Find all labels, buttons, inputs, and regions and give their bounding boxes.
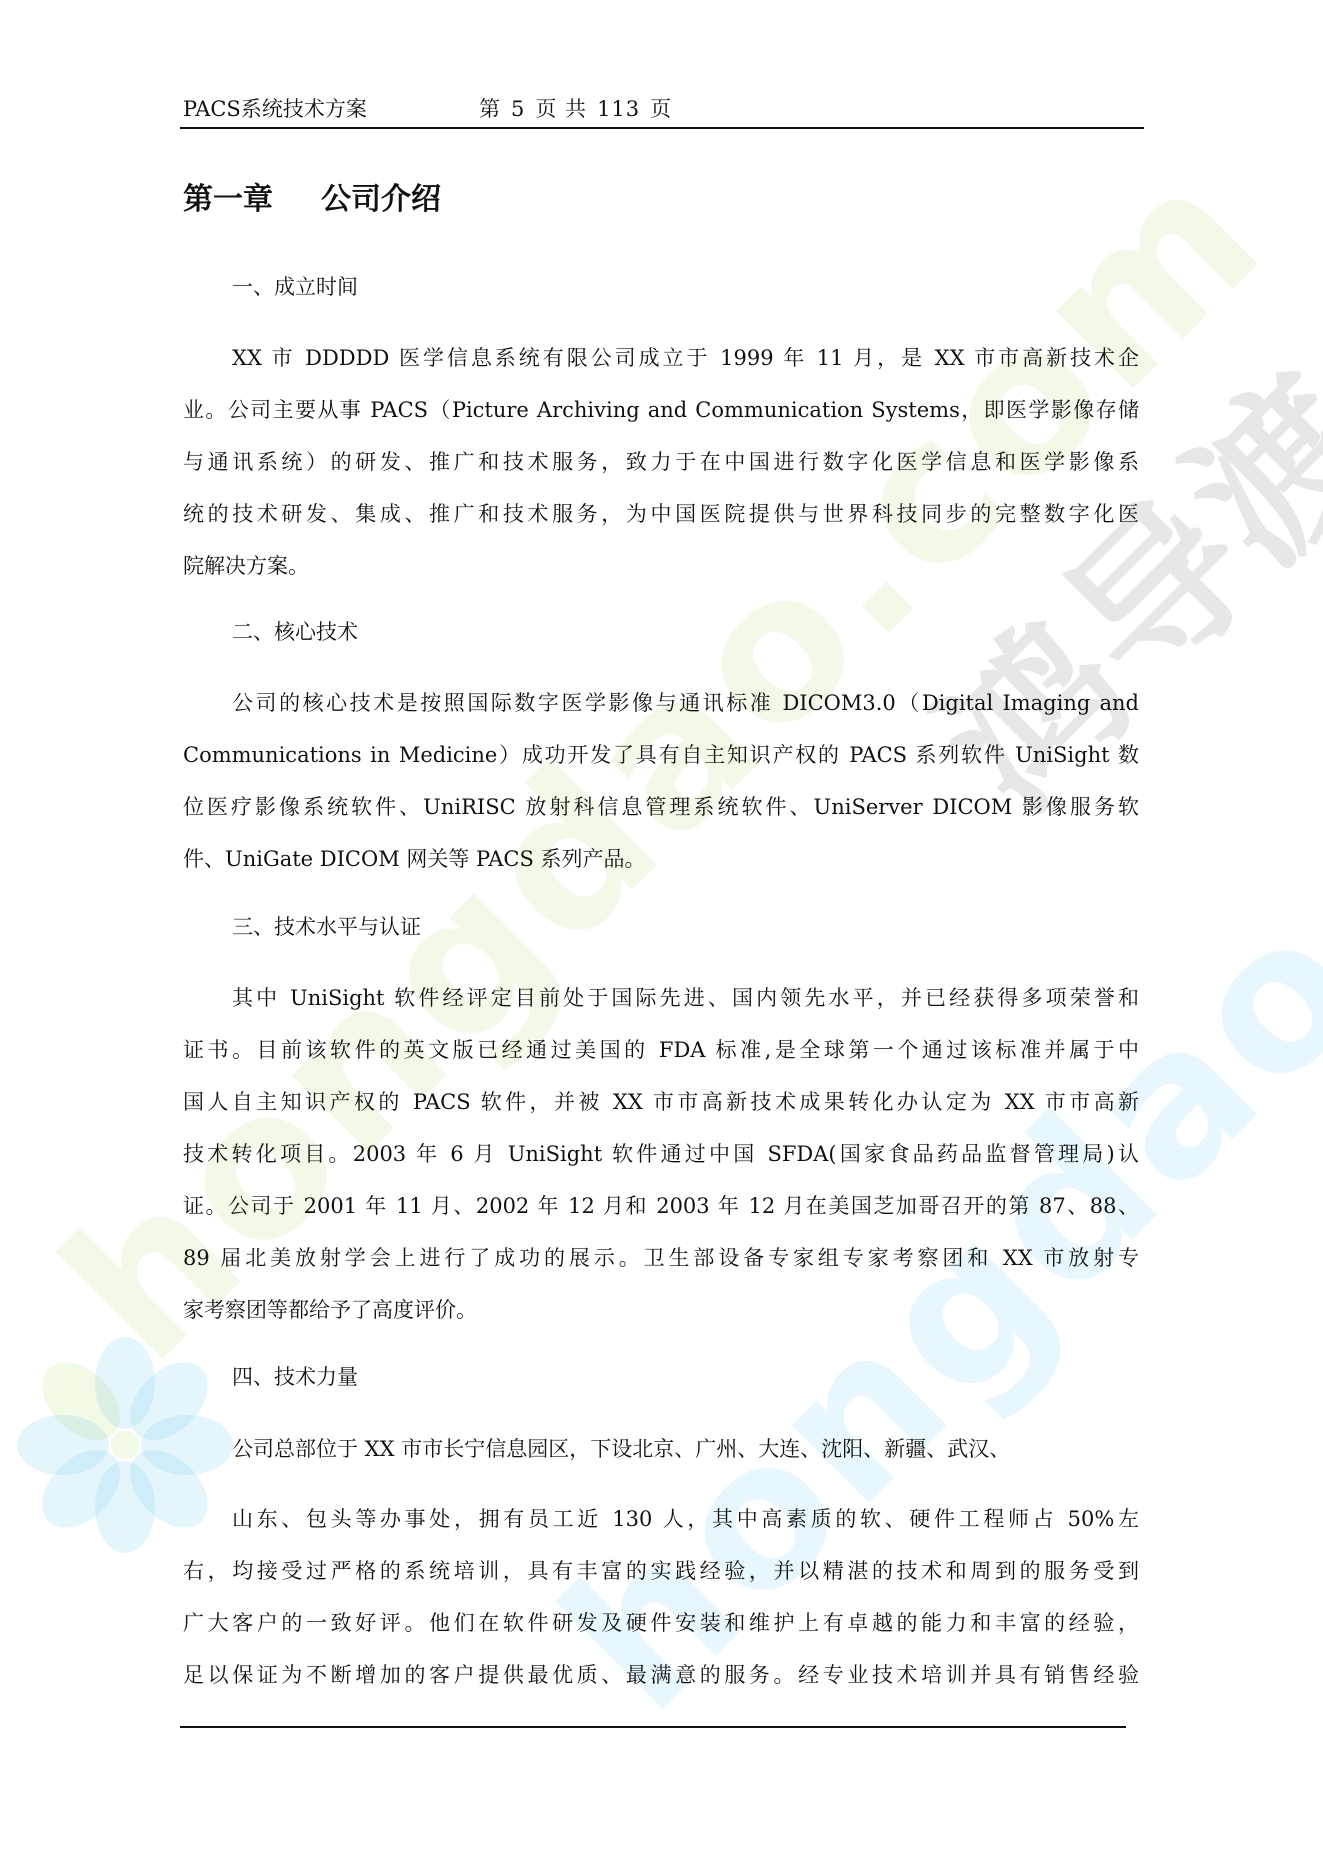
page-label-prefix: 第 [479,97,501,121]
page-indicator: 第5页 共113页 [479,96,682,122]
paragraph-line: 山东、包头等办事处，拥有员工近 130 人，其中高素质的软、硬件工程师占 50%… [183,1493,1139,1545]
document-page: PACS系统技术方案 第5页 共113页 第一章公司介绍 一、成立时间 XX 市… [0,0,1323,1871]
paragraph-line: 公司的核心技术是按照国际数字医学影像与通讯标准 DICOM3.0（Digital… [183,677,1139,729]
footer-divider [180,1726,1126,1728]
paragraph-line: 广大客户的一致好评。他们在软件研发及硬件安装和维护上有卓越的能力和丰富的经验， [183,1597,1139,1649]
page-label-mid: 页 共 [535,97,587,121]
running-header: PACS系统技术方案 第5页 共113页 [183,96,1143,126]
paragraph-line: 89 届北美放射学会上进行了成功的展示。卫生部设备专家组专家考察团和 XX 市放… [183,1232,1139,1284]
paragraph-line: 国人自主知识产权的 PACS 软件，并被 XX 市市高新技术成果转化办认定为 X… [183,1076,1139,1128]
paragraph-line: XX 市 DDDDD 医学信息系统有限公司成立于 1999 年 11 月，是 X… [183,332,1139,384]
page-total: 113 [597,97,640,121]
paragraph-line: 证书。目前该软件的英文版已经通过美国的 FDA 标准,是全球第一个通过该标准并属… [183,1024,1139,1076]
paragraph-line: 位医疗影像系统软件、UniRISC 放射科信息管理系统软件、UniServer … [183,781,1139,833]
chapter-title: 第一章公司介绍 [183,180,441,220]
paragraph-line: 证。公司于 2001 年 11 月、2002 年 12 月和 2003 年 12… [183,1180,1139,1232]
section-heading-certification: 三、技术水平与认证 [232,912,421,942]
paragraph-line: 统的技术研发、集成、推广和技术服务，为中国医院提供与世界科技同步的完整数字化医 [183,488,1139,540]
paragraph-certification: 其中 UniSight 软件经评定目前处于国际先进、国内领先水平，并已经获得多项… [183,972,1139,1336]
section-heading-core-technology: 二、核心技术 [232,617,358,647]
page-current: 5 [511,97,525,121]
paragraph-line: 其中 UniSight 软件经评定目前处于国际先进、国内领先水平，并已经获得多项… [183,972,1139,1024]
paragraph-line: 家考察团等都给予了高度评价。 [183,1284,1139,1336]
paragraph-founding: XX 市 DDDDD 医学信息系统有限公司成立于 1999 年 11 月，是 X… [183,332,1139,592]
page-label-suffix: 页 [650,97,672,121]
paragraph-line: Communications in Medicine）成功开发了具有自主知识产权… [183,729,1139,781]
header-divider [180,127,1144,129]
paragraph-core-technology: 公司的核心技术是按照国际数字医学影像与通讯标准 DICOM3.0（Digital… [183,677,1139,885]
paragraph-line: 公司总部位于 XX 市市长宁信息园区，下设北京、广州、大连、沈阳、新疆、武汉、 [183,1423,1139,1475]
section-heading-technical-strength: 四、技术力量 [232,1362,358,1392]
chapter-number: 第一章 [183,182,273,217]
paragraph-technical-strength-a: 公司总部位于 XX 市市长宁信息园区，下设北京、广州、大连、沈阳、新疆、武汉、 [183,1423,1139,1475]
paragraph-line: 足以保证为不断增加的客户提供最优质、最满意的服务。经专业技术培训并具有销售经验 [183,1649,1139,1701]
paragraph-line: 与通讯系统）的研发、推广和技术服务，致力于在中国进行数字化医学信息和医学影像系 [183,436,1139,488]
paragraph-line: 件、UniGate DICOM 网关等 PACS 系列产品。 [183,833,1139,885]
chapter-name: 公司介绍 [321,182,441,217]
paragraph-line: 右，均接受过严格的系统培训，具有丰富的实践经验，并以精湛的技术和周到的服务受到 [183,1545,1139,1597]
section-heading-founding: 一、成立时间 [232,272,358,302]
document-title: PACS系统技术方案 [183,96,367,122]
paragraph-line: 院解决方案。 [183,540,1139,592]
paragraph-line: 业。公司主要从事 PACS（Picture Archiving and Comm… [183,384,1139,436]
paragraph-line: 技术转化项目。2003 年 6 月 UniSight 软件通过中国 SFDA(国… [183,1128,1139,1180]
paragraph-technical-strength-b: 山东、包头等办事处，拥有员工近 130 人，其中高素质的软、硬件工程师占 50%… [183,1493,1139,1701]
